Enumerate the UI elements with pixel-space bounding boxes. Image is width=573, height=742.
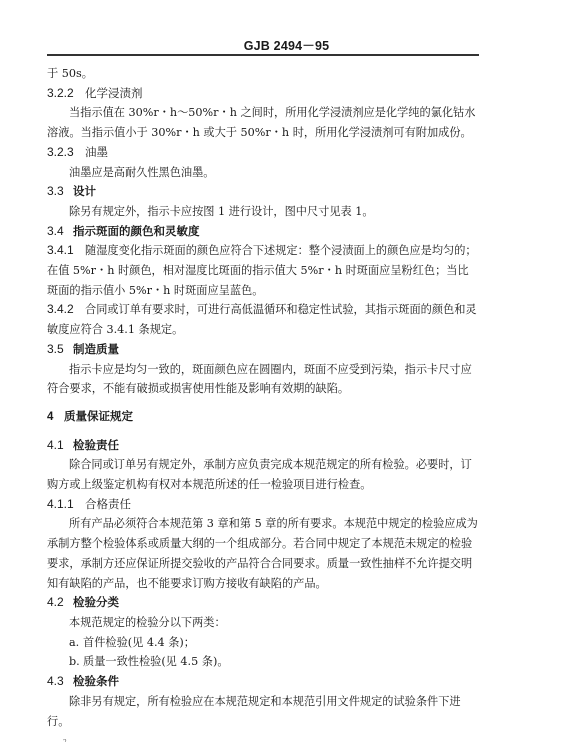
section-title: 油墨 <box>85 145 108 159</box>
section-number: 3.3 <box>47 182 73 202</box>
section-3-2-3-heading: 3.2.3油墨 <box>47 143 479 163</box>
header-rule <box>47 54 479 56</box>
section-3-2-2-heading: 3.2.2化学浸渍剂 <box>47 84 479 104</box>
section-4-1-1-text: 所有产品必须符合本规范第 3 章和第 5 章的所有要求。本规范中规定的检验应成为… <box>47 514 479 593</box>
section-3-3-heading: 3.3设计 <box>47 182 479 202</box>
section-3-3-text: 除另有规定外，指示卡应按图 1 进行设计，图中尺寸见表 1。 <box>47 202 479 222</box>
section-title: 指示斑面的颜色和灵敏度 <box>73 224 200 238</box>
section-number: 4.1 <box>47 436 73 456</box>
section-number: 3.2.2 <box>47 84 85 104</box>
list-text: 首件检验(见 4.4 条)； <box>83 636 195 649</box>
section-3-5-heading: 3.5制造质量 <box>47 340 479 360</box>
section-title: 检验条件 <box>73 674 119 688</box>
section-4-3-text: 除非另有规定，所有检验应在本规范规定和本规范引用文件规定的试验条件下进行。 <box>47 692 479 731</box>
section-title: 检验分类 <box>73 595 119 609</box>
document-header-code: GJB 2494－95 <box>0 36 573 54</box>
section-3-4-2: 3.4.2合同或订单有要求时，可进行高低温循环和稳定性试验，其指示斑面的颜色和灵… <box>47 300 479 339</box>
section-4-1-1-heading: 4.1.1合格责任 <box>47 495 479 515</box>
list-item: b.质量一致性检验(见 4.5 条)。 <box>47 652 479 672</box>
section-number: 4.1.1 <box>47 495 85 515</box>
document-body: 于 50s。 3.2.2化学浸渍剂 当指示值在 30%r・h～50%r・h 之间… <box>47 64 479 731</box>
section-4-1-text: 除合同或订单另有规定外，承制方应负责完成本规范规定的所有检验。必要时，订购方或上… <box>47 455 479 494</box>
section-number: 4.3 <box>47 672 73 692</box>
section-title: 检验责任 <box>73 438 119 452</box>
section-title: 制造质量 <box>73 342 119 356</box>
chapter-4-heading: 4质量保证规定 <box>47 407 479 428</box>
carryover-text: 于 50s。 <box>47 64 479 84</box>
section-4-2-heading: 4.2检验分类 <box>47 593 479 613</box>
list-marker: b. <box>69 652 83 672</box>
list-marker: a. <box>69 633 83 653</box>
section-4-2-text: 本规范规定的检验分以下两类： <box>47 613 479 633</box>
section-text: 随湿度变化指示斑面的颜色应符合下述规定：整个浸渍面上的颜色应是均匀的；在值 5%… <box>47 244 477 296</box>
section-3-2-3-text: 油墨应是高耐久性黑色油墨。 <box>47 163 479 183</box>
section-3-5-text: 指示卡应是均匀一致的，斑面颜色应在圆圈内，斑面不应受到污染，指示卡尺寸应符合要求… <box>47 360 479 399</box>
list-item: a.首件检验(见 4.4 条)； <box>47 633 479 653</box>
section-title: 设计 <box>73 184 96 198</box>
section-number: 4.2 <box>47 593 73 613</box>
section-title: 合格责任 <box>85 497 131 511</box>
section-number: 3.5 <box>47 340 73 360</box>
section-title: 化学浸渍剂 <box>85 86 143 100</box>
section-4-3-heading: 4.3检验条件 <box>47 672 479 692</box>
section-number: 3.4 <box>47 222 73 242</box>
section-number: 3.4.2 <box>47 300 85 320</box>
chapter-number: 4 <box>47 408 64 428</box>
list-text: 质量一致性检验(见 4.5 条)。 <box>83 655 229 668</box>
section-text: 合同或订单有要求时，可进行高低温循环和稳定性试验，其指示斑面的颜色和灵敏度应符合… <box>47 303 477 336</box>
chapter-title: 质量保证规定 <box>64 409 133 423</box>
section-3-4-1: 3.4.1随湿度变化指示斑面的颜色应符合下述规定：整个浸渍面上的颜色应是均匀的；… <box>47 241 479 300</box>
section-number: 3.4.1 <box>47 241 85 261</box>
section-3-4-heading: 3.4指示斑面的颜色和灵敏度 <box>47 222 479 242</box>
section-number: 3.2.3 <box>47 143 85 163</box>
section-3-2-2-text: 当指示值在 30%r・h～50%r・h 之间时，所用化学浸渍剂应是化学纯的氯化钴… <box>47 103 479 142</box>
section-4-1-heading: 4.1检验责任 <box>47 436 479 456</box>
